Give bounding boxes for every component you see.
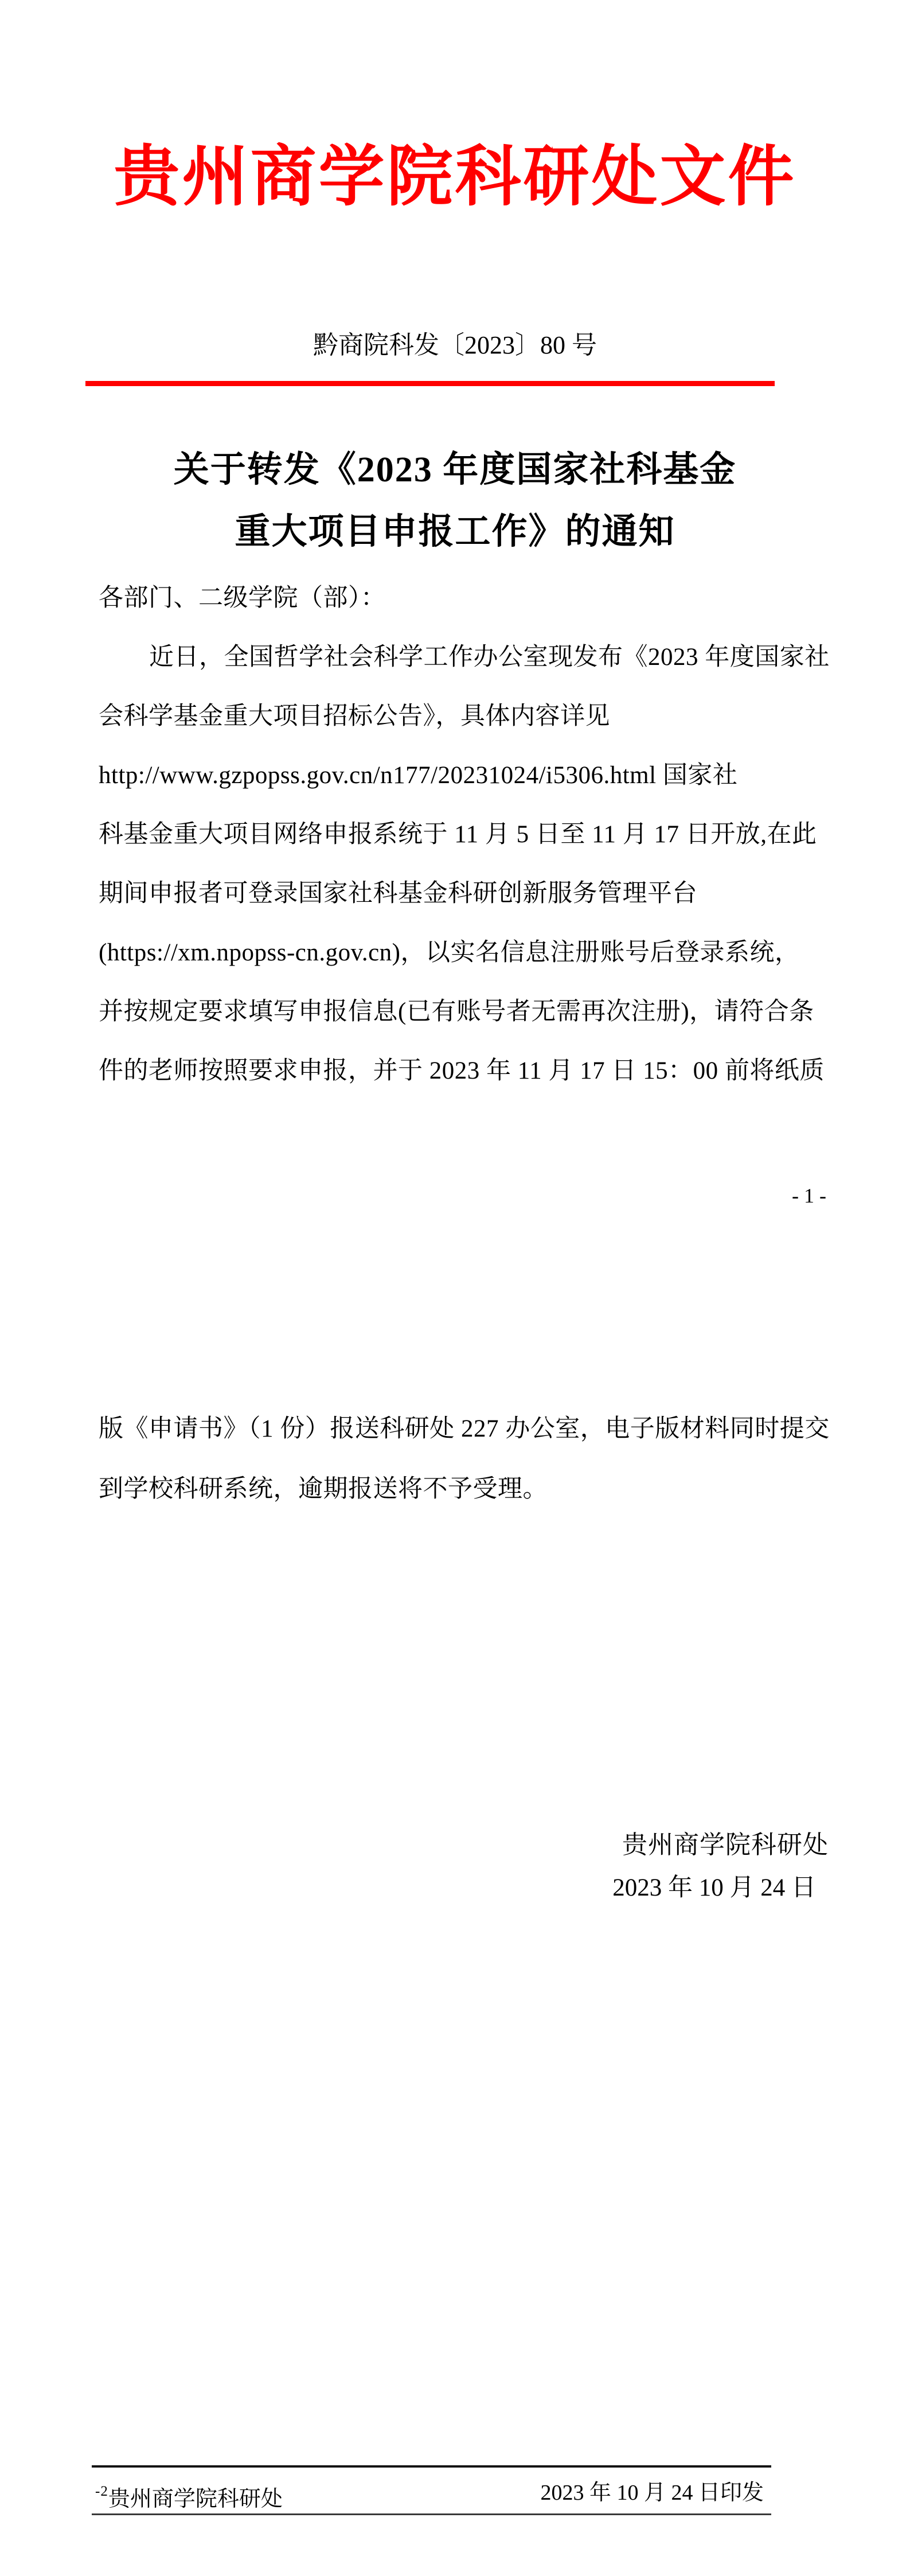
signature-date: 2023 年 10 月 24 日 (612, 1874, 816, 1902)
body-line: 版《申请书》（1 份）报送科研处 227 办公室，电子版材料同时提交 (99, 1415, 813, 1443)
body-line: 近日，全国哲学社会科学工作办公室现发布《2023 年度国家社 (99, 643, 863, 672)
body-line-url: (https://xm.npopss-cn.gov.cn)，以实名信息注册账号后… (99, 939, 813, 967)
body-line: 科基金重大项目网络申报系统于 11 月 5 日至 11 月 17 日开放,在此 (99, 820, 813, 849)
document-title-line-2: 重大项目申报工作》的通知 (0, 512, 910, 552)
footer-print-date: 2023 年 10 月 24 日印发 (540, 2480, 764, 2506)
footer-issuing-org: -2贵州商学院科研处 (95, 2478, 283, 2512)
document-page: 贵州商学院科研处文件 黔商院科发〔2023〕80 号 关于转发《2023 年度国… (0, 0, 910, 2576)
body-line: 期间申报者可登录国家社科基金科研创新服务管理平台 (99, 880, 813, 908)
body-line: 会科学基金重大项目招标公告》，具体内容详见 (99, 702, 813, 731)
body-line: 件的老师按照要求申报，并于 2023 年 11 月 17 日 15：00 前将纸… (99, 1057, 813, 1085)
page-1-number: - 1 - (745, 1183, 873, 1208)
red-divider-rule (85, 381, 775, 386)
salutation-line: 各部门、二级学院（部）： (99, 584, 813, 613)
document-title-line-1: 关于转发《2023 年度国家社科基金 (0, 450, 910, 490)
signature-organization: 贵州商学院科研处 (622, 1830, 829, 1860)
document-number: 黔商院科发〔2023〕80 号 (0, 330, 910, 360)
footer-page-2-marker: -2 (95, 2484, 108, 2499)
red-header-org-title: 贵州商学院科研处文件 (0, 140, 910, 215)
body-line: 到学校科研系统，逾期报送将不予受理。 (99, 1475, 813, 1504)
body-line-url: http://www.gzpopss.gov.cn/n177/20231024/… (99, 761, 813, 790)
footer-org-label: 贵州商学院科研处 (108, 2487, 283, 2511)
body-line: 并按规定要求填写申报信息(已有账号者无需再次注册)，请符合条 (99, 998, 813, 1026)
footer-top-rule (92, 2465, 771, 2468)
footer-bottom-rule (92, 2513, 771, 2515)
